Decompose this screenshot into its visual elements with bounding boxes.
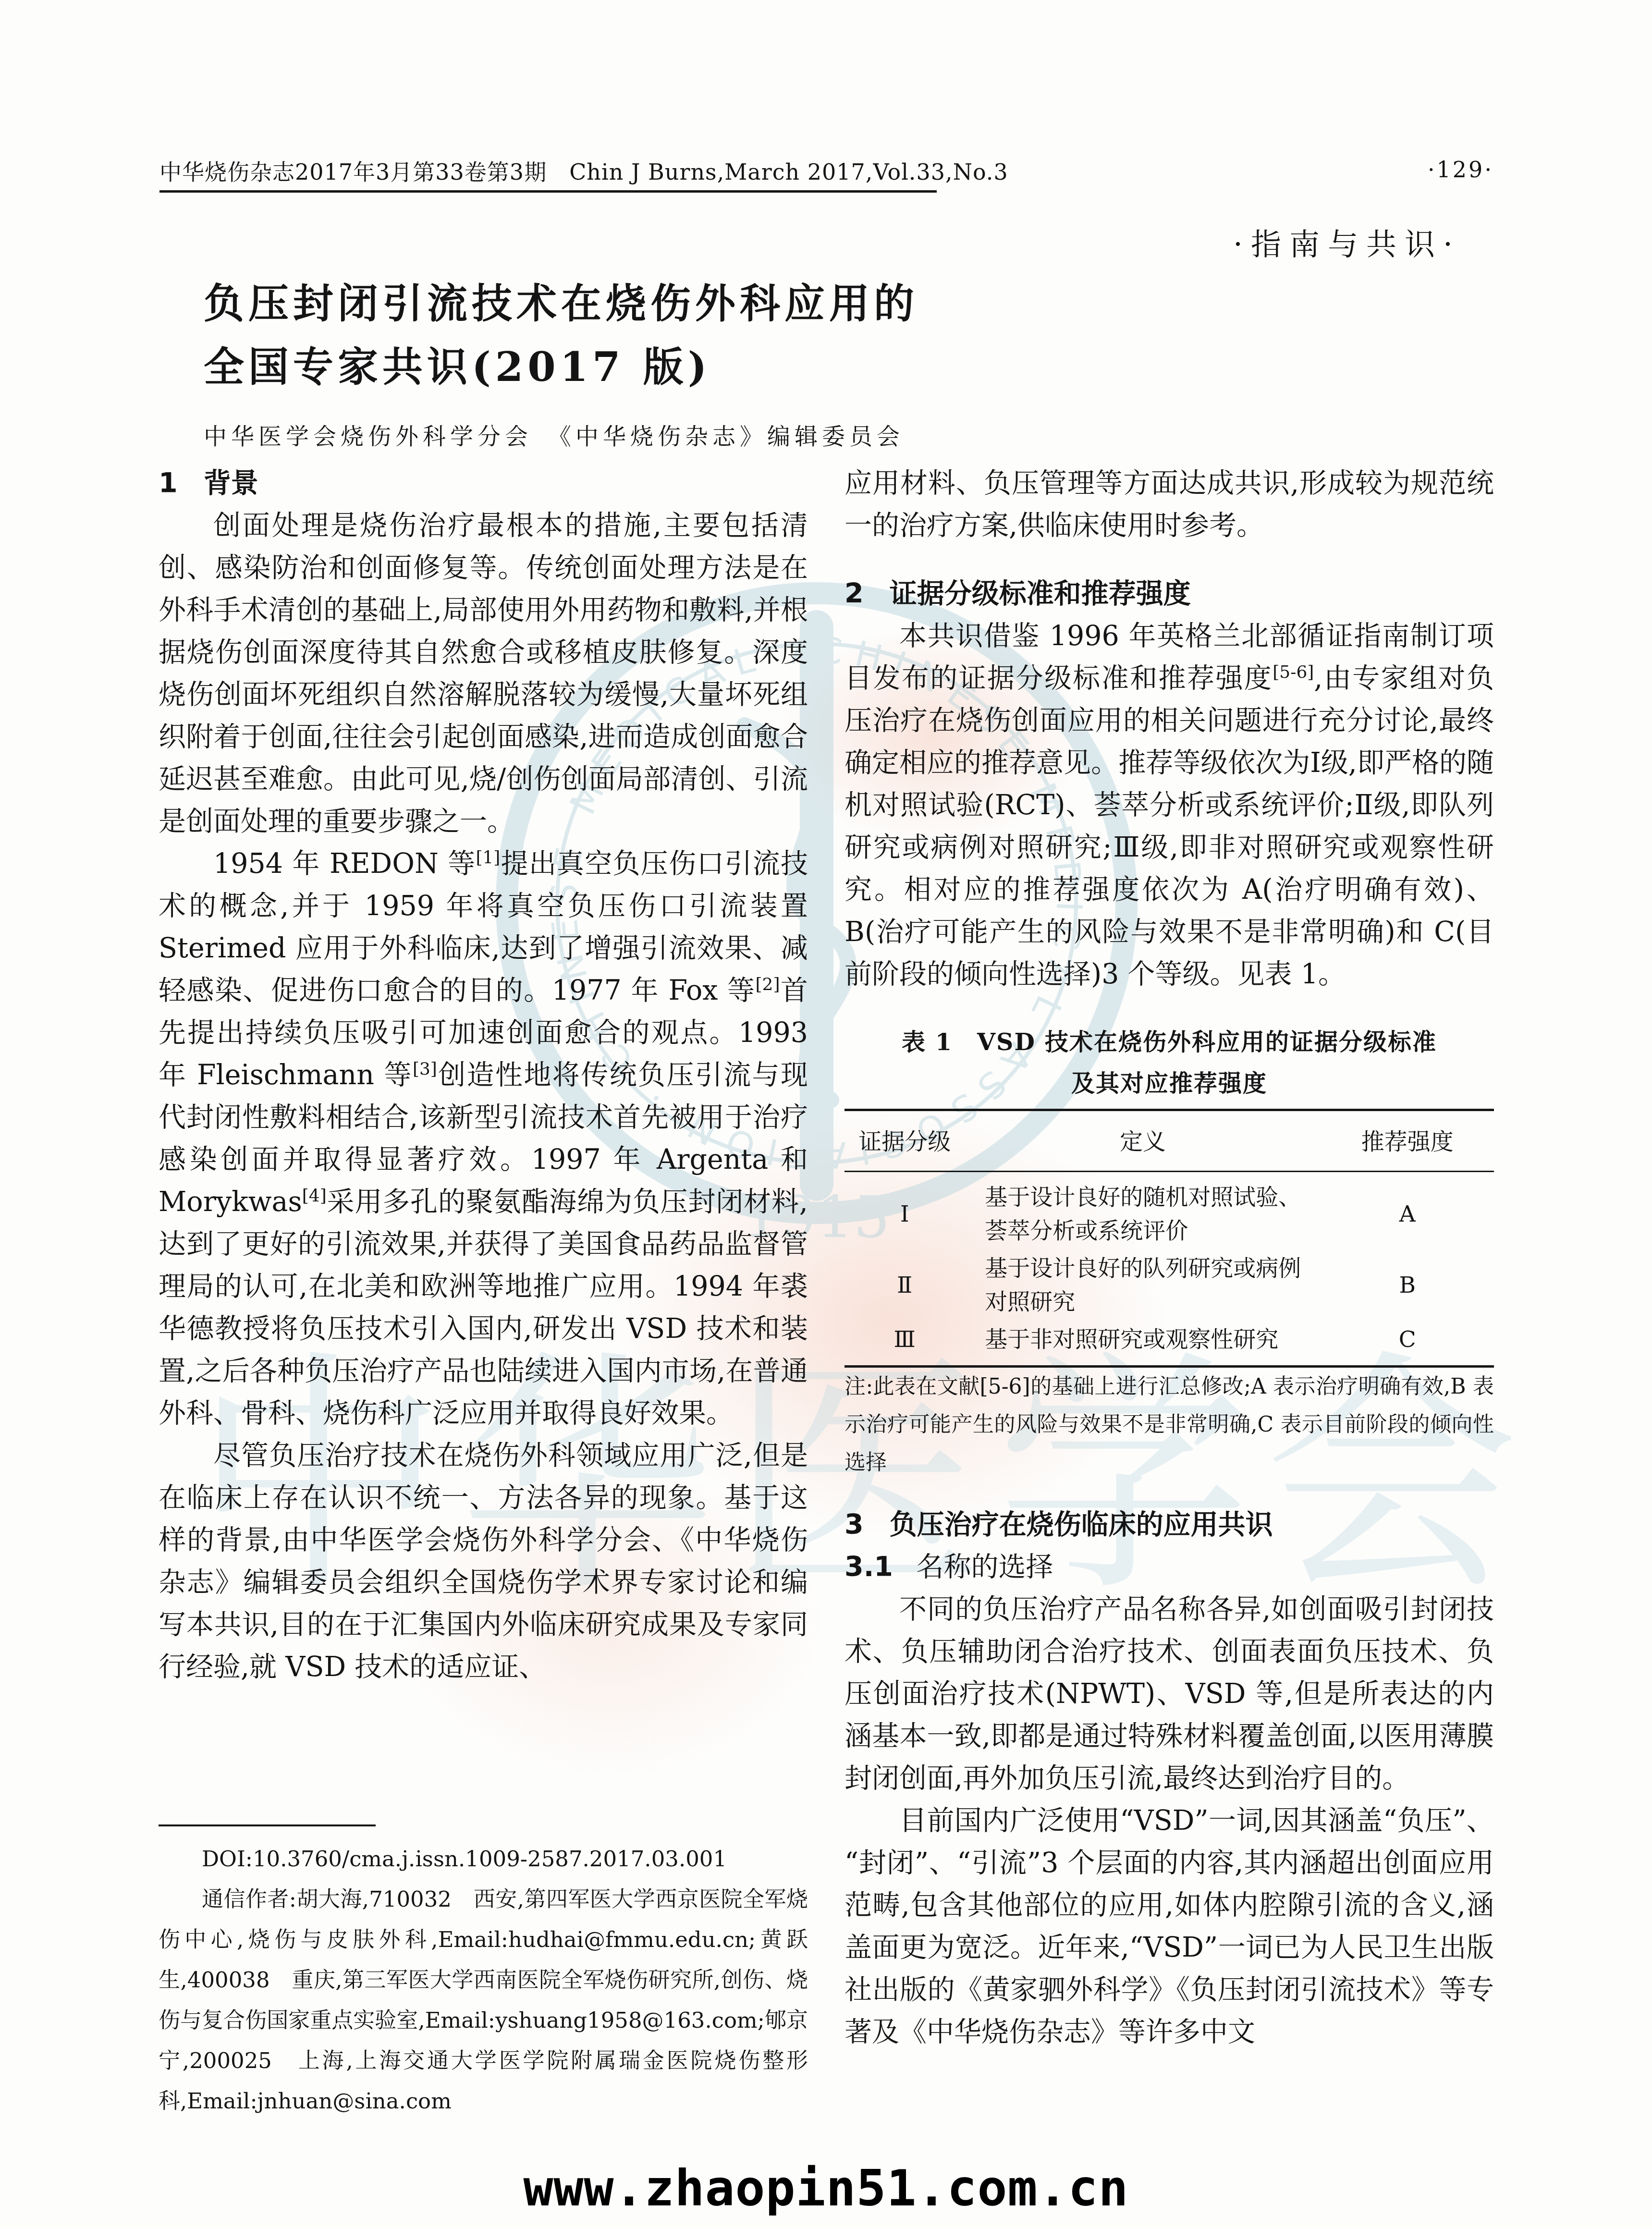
section-number: 3 [844,1509,864,1541]
section-heading-2: 2证据分级标准和推荐强度 [844,573,1494,615]
section-title: 负压治疗在烧伤临床的应用共识 [890,1509,1273,1541]
reference-marker: [5-6] [1273,662,1314,682]
column-header-strength: 推荐强度 [1321,1110,1494,1172]
correspondence-note: 通信作者:胡大海,710032 西安,第四军医大学西京医院全军烧伤中心,烧伤与皮… [159,1879,808,2121]
paragraph: 尽管负压治疗技术在烧伤外科领域应用广泛,但是在临床上存在认识不统一、方法各异的现… [159,1434,808,1688]
section-heading-3: 3负压治疗在烧伤临床的应用共识 [844,1504,1494,1546]
definition-cell: 基于设计良好的随机对照试验、荟萃分析或系统评价 [965,1172,1321,1250]
section-number: 2 [844,578,864,610]
paragraph: 创面处理是烧伤治疗最根本的措施,主要包括清创、感染防治和创面修复等。传统创面处理… [159,504,808,843]
subsection-title: 名称的选择 [916,1551,1053,1583]
reference-marker: [1] [476,848,500,868]
left-column: 1背景 创面处理是烧伤治疗最根本的措施,主要包括清创、感染防治和创面修复等。传统… [159,462,808,1788]
column-header-definition: 定义 [965,1110,1321,1172]
subsection-number: 3.1 [844,1551,893,1583]
journal-scan-page: CHINESE MEDICAL ASSOCIATION · CHINESE ME… [0,0,1652,2228]
title-block: 负压封闭引流技术在烧伤外科应用的 全国专家共识(2017 版) 中华医学会烧伤外… [204,272,1164,451]
evidence-grade-cell: Ⅱ [844,1250,965,1321]
reference-marker: [2] [756,975,780,994]
column-section-label: ·指南与共识· [1233,220,1461,264]
article-title-line1: 负压封闭引流技术在烧伤外科应用的 [204,272,1164,335]
doi-line: DOI:10.3760/cma.j.issn.1009-2587.2017.03… [159,1839,808,1879]
author-line: 中华医学会烧伤外科学分会 《中华烧伤杂志》编辑委员会 [204,418,1164,451]
definition-cell: 基于非对照研究或观察性研究 [965,1321,1321,1367]
table-caption-line2: 及其对应推荐强度 [844,1063,1494,1104]
column-header-grade: 证据分级 [844,1110,965,1172]
right-column: 应用材料、负压管理等方面达成共识,形成较为规范统一的治疗方案,供临床使用时参考。… [844,462,1494,2153]
content-layer: 中华烧伤杂志2017年3月第33卷第3期 Chin J Burns,March … [0,0,1652,2228]
table-row: Ⅲ基于非对照研究或观察性研究C [844,1321,1494,1367]
paragraph: 目前国内广泛使用“VSD”一词,因其涵盖“负压”、“封闭”、“引流”3 个层面的… [844,1800,1494,2053]
footnote-block: DOI:10.3760/cma.j.issn.1009-2587.2017.03… [159,1824,808,2121]
evidence-grading-table: 证据分级 定义 推荐强度 Ⅰ基于设计良好的随机对照试验、荟萃分析或系统评价AⅡ基… [844,1109,1494,1368]
section-heading-1: 1背景 [159,462,808,504]
table-note: 注:此表在文献[5-6]的基础上进行汇总修改;A 表示治疗明确有效,B 表示治疗… [844,1368,1494,1481]
evidence-grade-cell: Ⅰ [844,1172,965,1250]
footnote-divider [159,1824,376,1826]
page-number: ·129· [1428,157,1493,183]
header-rule [159,190,937,193]
article-title-line2: 全国专家共识(2017 版) [204,335,1164,399]
strength-cell: C [1321,1321,1494,1367]
table-caption: 表 1 VSD 技术在烧伤外科应用的证据分级标准 及其对应推荐强度 [844,1021,1494,1104]
section-title: 背景 [204,467,258,499]
definition-cell: 基于设计良好的队列研究或病例对照研究 [965,1250,1321,1321]
section-title: 证据分级标准和推荐强度 [890,578,1191,610]
url-watermark: www.zhaopin51.com.cn [0,2160,1652,2217]
paragraph: 1954 年 REDON 等[1]提出真空负压伤口引流技术的概念,并于 1959… [159,843,808,1434]
table-header-row: 证据分级 定义 推荐强度 [844,1110,1494,1172]
paragraph-continuation: 应用材料、负压管理等方面达成共识,形成较为规范统一的治疗方案,供临床使用时参考。 [844,462,1494,547]
table-row: Ⅱ基于设计良好的队列研究或病例对照研究B [844,1250,1494,1321]
subsection-heading-3-1: 3.1名称的选择 [844,1546,1494,1588]
paragraph: 不同的负压治疗产品名称各异,如创面吸引封闭技术、负压辅助闭合治疗技术、创面表面负… [844,1588,1494,1800]
strength-cell: A [1321,1172,1494,1250]
table-caption-line1: 表 1 VSD 技术在烧伤外科应用的证据分级标准 [844,1021,1494,1063]
paragraph: 本共识借鉴 1996 年英格兰北部循证指南制订项目发布的证据分级标准和推荐强度[… [844,615,1494,995]
section-number: 1 [159,467,178,499]
evidence-grade-cell: Ⅲ [844,1321,965,1367]
table-row: Ⅰ基于设计良好的随机对照试验、荟萃分析或系统评价A [844,1172,1494,1250]
reference-marker: [4] [302,1186,327,1206]
reference-marker: [3] [413,1059,437,1079]
journal-citation: 中华烧伤杂志2017年3月第33卷第3期 Chin J Burns,March … [159,155,1008,186]
strength-cell: B [1321,1250,1494,1321]
